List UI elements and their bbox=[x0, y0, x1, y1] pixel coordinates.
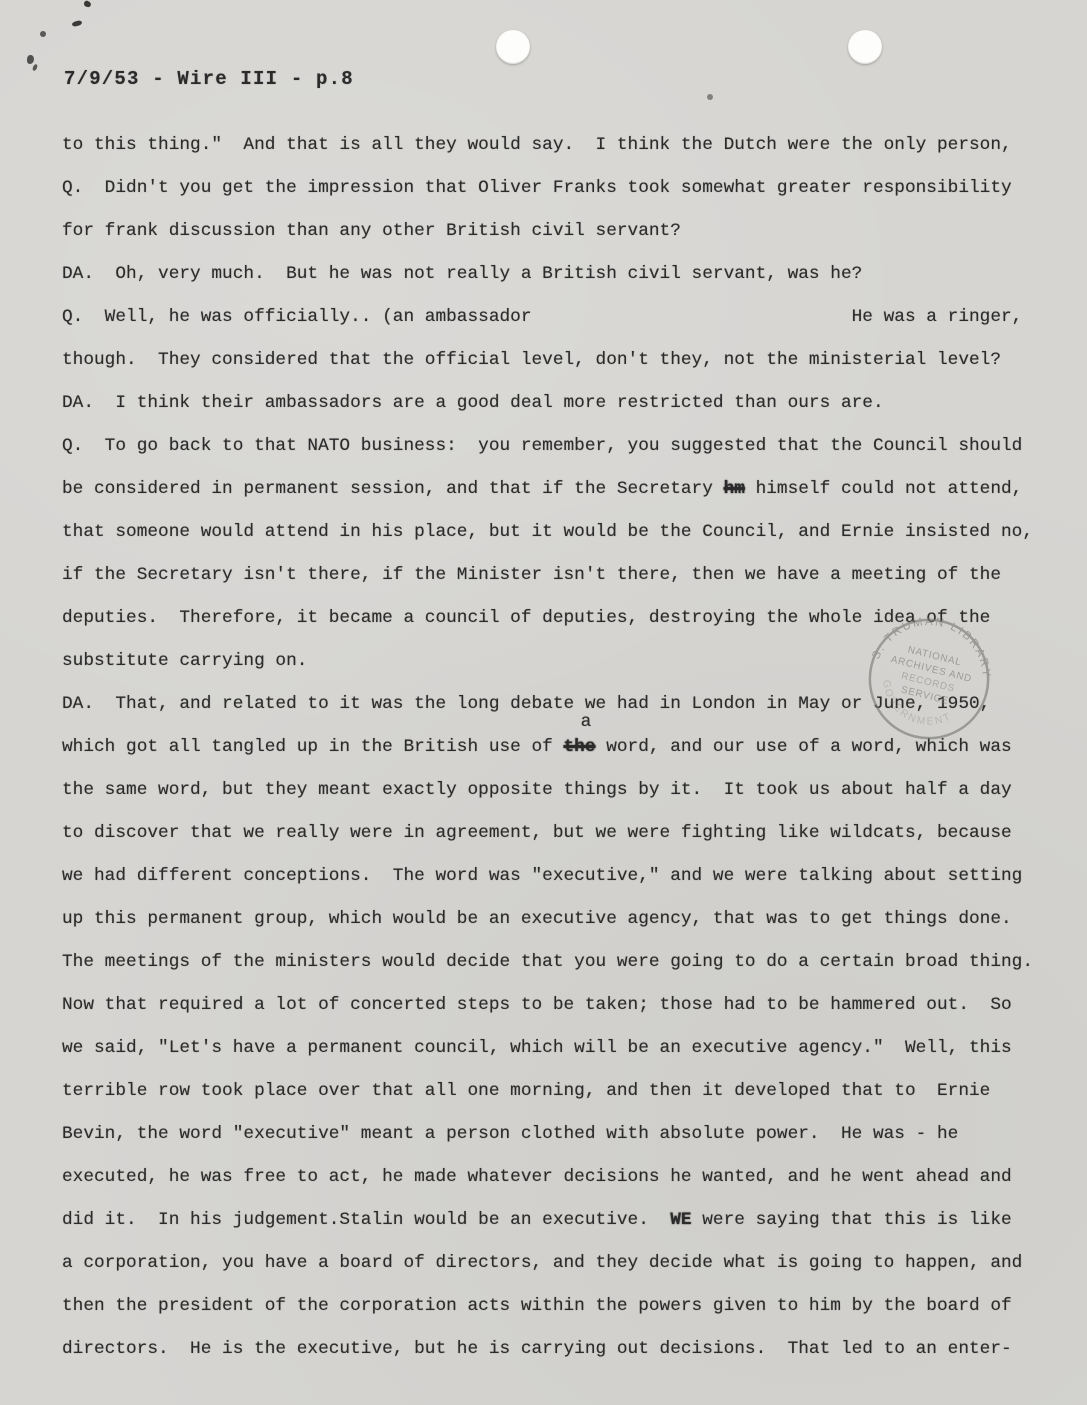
typed-text: deputies. Therefore, it became a council… bbox=[62, 608, 990, 628]
punch-hole-left bbox=[496, 30, 530, 64]
text-line: up this permanent group, which would be … bbox=[62, 898, 1067, 941]
typed-text: though. They considered that the officia… bbox=[62, 350, 1001, 370]
text-line: DA. Oh, very much. But he was not really… bbox=[62, 253, 1067, 296]
typed-text: Q. To go back to that NATO business: you… bbox=[62, 436, 1022, 456]
typed-text: DA. Oh, very much. But he was not really… bbox=[62, 264, 862, 284]
struck-text: hm bbox=[724, 479, 745, 499]
typed-text: executed, he was free to act, he made wh… bbox=[62, 1167, 1012, 1187]
text-line: then the president of the corporation ac… bbox=[62, 1285, 1067, 1328]
text-line: DA. That, and related to it was the long… bbox=[62, 683, 1067, 726]
typed-text: himself could not attend, bbox=[745, 479, 1022, 499]
text-line: though. They considered that the officia… bbox=[62, 339, 1067, 382]
text-line: Q. To go back to that NATO business: you… bbox=[62, 425, 1067, 468]
page-header: 7/9/53 - Wire III - p.8 bbox=[64, 68, 354, 90]
typed-text: word, and our use of a word, which was bbox=[596, 737, 1012, 757]
typed-text: up this permanent group, which would be … bbox=[62, 909, 1012, 929]
typed-text: a corporation, you have a board of direc… bbox=[62, 1253, 1022, 1273]
typed-text: The meetings of the ministers would deci… bbox=[62, 952, 1033, 972]
ink-speck bbox=[32, 63, 39, 71]
text-line: The meetings of the ministers would deci… bbox=[62, 941, 1067, 984]
typed-text: the same word, but they meant exactly op… bbox=[62, 780, 1012, 800]
text-line: that someone would attend in his place, … bbox=[62, 511, 1067, 554]
ink-speck bbox=[72, 20, 83, 27]
ink-speck bbox=[40, 31, 46, 37]
text-line: if the Secretary isn't there, if the Min… bbox=[62, 554, 1067, 597]
ink-speck bbox=[83, 0, 92, 8]
text-line: we said, "Let's have a permanent council… bbox=[62, 1027, 1067, 1070]
text-line: for frank discussion than any other Brit… bbox=[62, 210, 1067, 253]
punch-hole-right bbox=[848, 30, 882, 64]
typed-text: be considered in permanent session, and … bbox=[62, 479, 724, 499]
text-line: to this thing." And that is all they wou… bbox=[62, 124, 1067, 167]
text-line: the same word, but they meant exactly op… bbox=[62, 769, 1067, 812]
typed-text: to this thing." And that is all they wou… bbox=[62, 135, 1012, 155]
text-line: terrible row took place over that all on… bbox=[62, 1070, 1067, 1113]
typed-text: for frank discussion than any other Brit… bbox=[62, 221, 681, 241]
typed-insertion: a bbox=[581, 712, 592, 732]
text-line: Q. Well, he was officially.. (an ambassa… bbox=[62, 296, 1067, 339]
text-line: substitute carrying on. bbox=[62, 640, 1067, 683]
typed-text: were saying that this is like bbox=[692, 1210, 1012, 1230]
document-page: 7/9/53 - Wire III - p.8 to this thing." … bbox=[0, 0, 1087, 1405]
text-line: be considered in permanent session, and … bbox=[62, 468, 1067, 511]
text-line: directors. He is the executive, but he i… bbox=[62, 1328, 1067, 1371]
typed-text: Now that required a lot of concerted ste… bbox=[62, 995, 1012, 1015]
typed-text: which got all tangled up in the British … bbox=[62, 737, 564, 757]
typed-text: that someone would attend in his place, … bbox=[62, 522, 1033, 542]
text-line: did it. In his judgement.Stalin would be… bbox=[62, 1199, 1067, 1242]
typed-text: directors. He is the executive, but he i… bbox=[62, 1339, 1012, 1359]
typed-text: we had different conceptions. The word w… bbox=[62, 866, 1022, 886]
typed-text: DA. I think their ambassadors are a good… bbox=[62, 393, 884, 413]
struck-text: the bbox=[564, 737, 596, 757]
typed-text: then the president of the corporation ac… bbox=[62, 1296, 1012, 1316]
typed-text: DA. That, and related to it was the long… bbox=[62, 694, 990, 714]
typed-text: we said, "Let's have a permanent council… bbox=[62, 1038, 1012, 1058]
text-line: DA. I think their ambassadors are a good… bbox=[62, 382, 1067, 425]
text-line: deputies. Therefore, it became a council… bbox=[62, 597, 1067, 640]
text-line: executed, he was free to act, he made wh… bbox=[62, 1156, 1067, 1199]
typed-text: Bevin, the word "executive" meant a pers… bbox=[62, 1124, 958, 1144]
ink-speck bbox=[27, 55, 34, 64]
text-line: to discover that we really were in agree… bbox=[62, 812, 1067, 855]
typed-text: if the Secretary isn't there, if the Min… bbox=[62, 565, 1001, 585]
typed-text: to discover that we really were in agree… bbox=[62, 823, 1012, 843]
text-line: Bevin, the word "executive" meant a pers… bbox=[62, 1113, 1067, 1156]
text-line: which got all tangled up in the British … bbox=[62, 726, 1067, 769]
overtyped-text: WE bbox=[670, 1210, 691, 1230]
typed-text: Q. Well, he was officially.. (an ambassa… bbox=[62, 307, 1022, 327]
typed-text: did it. In his judgement.Stalin would be… bbox=[62, 1210, 670, 1230]
typed-text: Q. Didn't you get the impression that Ol… bbox=[62, 178, 1012, 198]
ink-speck bbox=[707, 94, 713, 100]
text-line: Q. Didn't you get the impression that Ol… bbox=[62, 167, 1067, 210]
typed-text: terrible row took place over that all on… bbox=[62, 1081, 990, 1101]
text-line: Now that required a lot of concerted ste… bbox=[62, 984, 1067, 1027]
text-line: we had different conceptions. The word w… bbox=[62, 855, 1067, 898]
text-line: a corporation, you have a board of direc… bbox=[62, 1242, 1067, 1285]
typed-text: substitute carrying on. bbox=[62, 651, 307, 671]
document-body: to this thing." And that is all they wou… bbox=[62, 124, 1067, 1371]
